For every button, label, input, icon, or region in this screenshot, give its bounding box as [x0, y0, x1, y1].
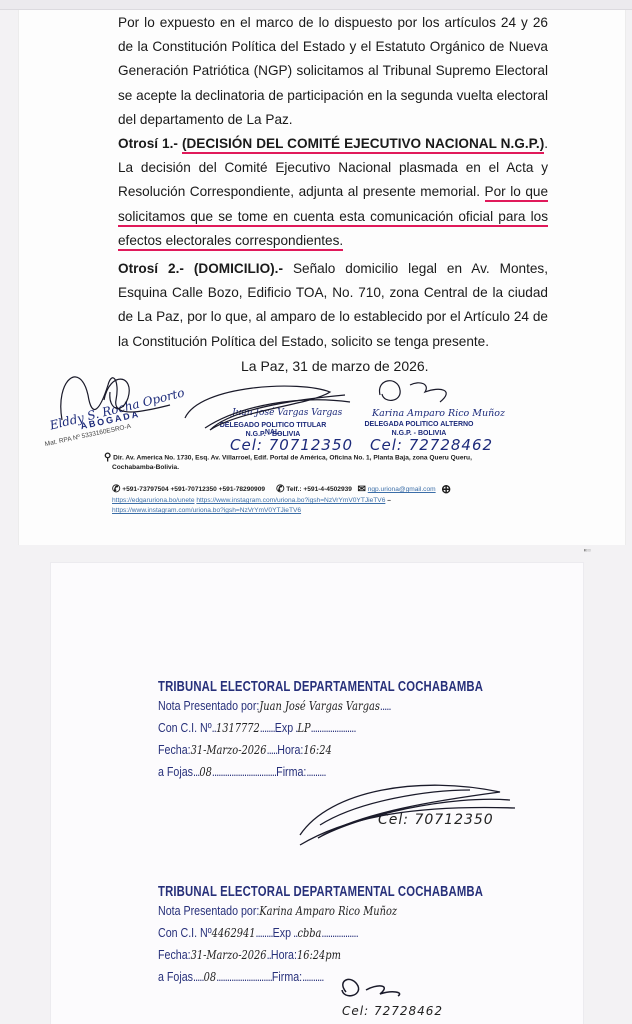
stamp-1-ci-value: 1317772	[216, 721, 260, 735]
stamp-2-exp-label: Exp	[273, 925, 291, 940]
stamp-2-fecha-value: 31-Marzo-2026	[191, 948, 267, 962]
footer-tel: Telf.: +591-4-4502939	[286, 486, 352, 493]
signatory-3-role: DELEGADA POLITICO ALTERNO	[360, 421, 478, 428]
stamp-2-fojas-value: 08	[204, 970, 217, 984]
otrosi-1-title: (DECISIÓN DEL COMITÉ EJECUTIVO NACIONAL …	[182, 136, 544, 154]
otrosi-2-label: Otrosí 2.- (DOMICILIO).-	[118, 261, 283, 276]
stamp-1-hora-value: 16:24	[303, 743, 331, 757]
stamp-2-title: TRIBUNAL ELECTORAL DEPARTAMENTAL COCHABA…	[158, 884, 483, 900]
footer-link-instagram[interactable]: https://www.instagram.com/uriona.bo?igsh…	[196, 497, 385, 504]
stamp-2-fojas-label: a Fojas	[158, 969, 193, 984]
stamp-1-fojas-value: 08	[199, 765, 212, 779]
reception-stamp-1: TRIBUNAL ELECTORAL DEPARTAMENTAL COCHABA…	[158, 679, 575, 783]
footer-address: ⚲ Dir. Av. America No. 1730, Esq. Av. Vi…	[104, 452, 472, 463]
paragraph-main-text: Por lo expuesto en el marco de lo dispue…	[118, 11, 548, 132]
stamp-1-cel: Cel: 70712350	[378, 812, 494, 828]
globe-icon: ⊕	[441, 482, 451, 496]
stamp-2-fecha-row: Fecha:31-Marzo-2026..Hora:16:24pm	[158, 944, 500, 966]
footer-links-2: https://www.instagram.com/uriona.bo?igsh…	[112, 507, 301, 514]
stamp-1-ci-label: Con C.I. Nº	[158, 720, 212, 735]
stamp-1-hora-label: Hora:	[277, 742, 303, 757]
stamp-2-hora-value: 16:24pm	[297, 948, 341, 962]
location-pin-icon: ⚲	[104, 452, 111, 463]
stamp-2-firma-label: Firma:	[272, 969, 302, 984]
stamp-2-presentado-row: Nota Presentado por:Karina Amparo Rico M…	[158, 900, 500, 922]
stamp-2-ci-value: 4462941	[212, 926, 256, 940]
footer-link-instagram-2[interactable]: https://www.instagram.com/uriona.bo?igsh…	[112, 507, 301, 514]
footer-links: https://edgaruriona.bo/unete https://www…	[112, 497, 391, 504]
signatory-2-name: Juan José Vargas Vargas	[232, 408, 342, 418]
stamp-1-firma-label: Firma:	[276, 764, 306, 779]
stamp-2-presentado-label: Nota Presentado por:	[158, 903, 259, 918]
body-paragraph-main: Por lo expuesto en el marco de lo dispue…	[118, 11, 548, 132]
scanner-watermark: ▮▯▯▯	[584, 548, 606, 554]
stamp-1-presentado-value: Juan José Vargas Vargas	[259, 699, 380, 713]
otrosi-1-label: Otrosí 1.-	[118, 136, 182, 151]
footer-link-separator: –	[385, 497, 391, 504]
otrosi-1-section: Otrosí 1.- (DECISIÓN DEL COMITÉ EJECUTIV…	[118, 132, 548, 253]
phone-icon: ✆	[112, 484, 120, 495]
stamp-1-fojas-label: a Fojas	[158, 764, 193, 779]
stamp-2-ci-label: Con C.I. Nº	[158, 925, 212, 940]
top-strip	[0, 0, 632, 10]
footer-email-link[interactable]: ngp.uriona@gmail.com	[368, 486, 436, 493]
stamp-1-exp-label: Exp	[275, 720, 293, 735]
phone-icon: ✆	[276, 484, 284, 495]
stamp-1-fecha-row: Fecha:31-Marzo-2026.....Hora:16:24	[158, 739, 500, 761]
mail-icon: ✉	[357, 484, 365, 495]
stamp-2-exp-value: cbba	[297, 926, 321, 940]
stamp-1-fecha-label: Fecha:	[158, 742, 191, 757]
stamp-2-presentado-value: Karina Amparo Rico Muñoz	[259, 904, 397, 918]
footer-address-text: Dir. Av. America No. 1730, Esq. Av. Vill…	[113, 454, 472, 461]
stamp-1-presentado-row: Nota Presentado por:Juan José Vargas Var…	[158, 695, 500, 717]
date-line: La Paz, 31 de marzo de 2026.	[241, 358, 429, 374]
otrosi-1-title-end: .	[544, 136, 548, 151]
stamp-2-hora-label: Hora:	[271, 947, 297, 962]
stamp-1-exp-value: LP	[297, 721, 310, 735]
stamp-1-presentado-label: Nota Presentado por:	[158, 698, 259, 713]
stamp-2-fecha-label: Fecha:	[158, 947, 191, 962]
reception-stamp-2: TRIBUNAL ELECTORAL DEPARTAMENTAL COCHABA…	[158, 884, 575, 988]
footer-phones: +591-73797504 +591-70712350 +591-7829090…	[122, 486, 265, 493]
stamp-1-title: TRIBUNAL ELECTORAL DEPARTAMENTAL COCHABA…	[158, 679, 483, 695]
otrosi-1-text: La decisión del Comité Ejecutivo Naciona…	[118, 160, 548, 199]
stamp-2-fojas-row: a Fojas.....08..........................…	[158, 966, 500, 988]
stamp-1-fojas-row: a Fojas...08............................…	[158, 761, 500, 783]
footer-address-2: Cochabamba-Bolivia.	[112, 464, 179, 471]
otrosi-2-section: Otrosí 2.- (DOMICILIO).- Señalo domicili…	[118, 257, 548, 354]
stamp-2-cel: Cel: 72728462	[342, 1004, 443, 1018]
stamp-1-ci-row: Con C.I. Nº..1317772.......Exp .LP......…	[158, 717, 500, 739]
stamp-1-fecha-value: 31-Marzo-2026	[191, 743, 267, 757]
signatory-3-name: Karina Amparo Rico Muñoz	[372, 408, 505, 419]
stamp-2-ci-row: Con C.I. Nº4462941........Exp ..cbba....…	[158, 922, 500, 944]
footer-link-unete[interactable]: https://edgaruriona.bo/unete	[112, 497, 194, 504]
footer-contacts: ✆ +591-73797504 +591-70712350 +591-78290…	[112, 482, 451, 496]
